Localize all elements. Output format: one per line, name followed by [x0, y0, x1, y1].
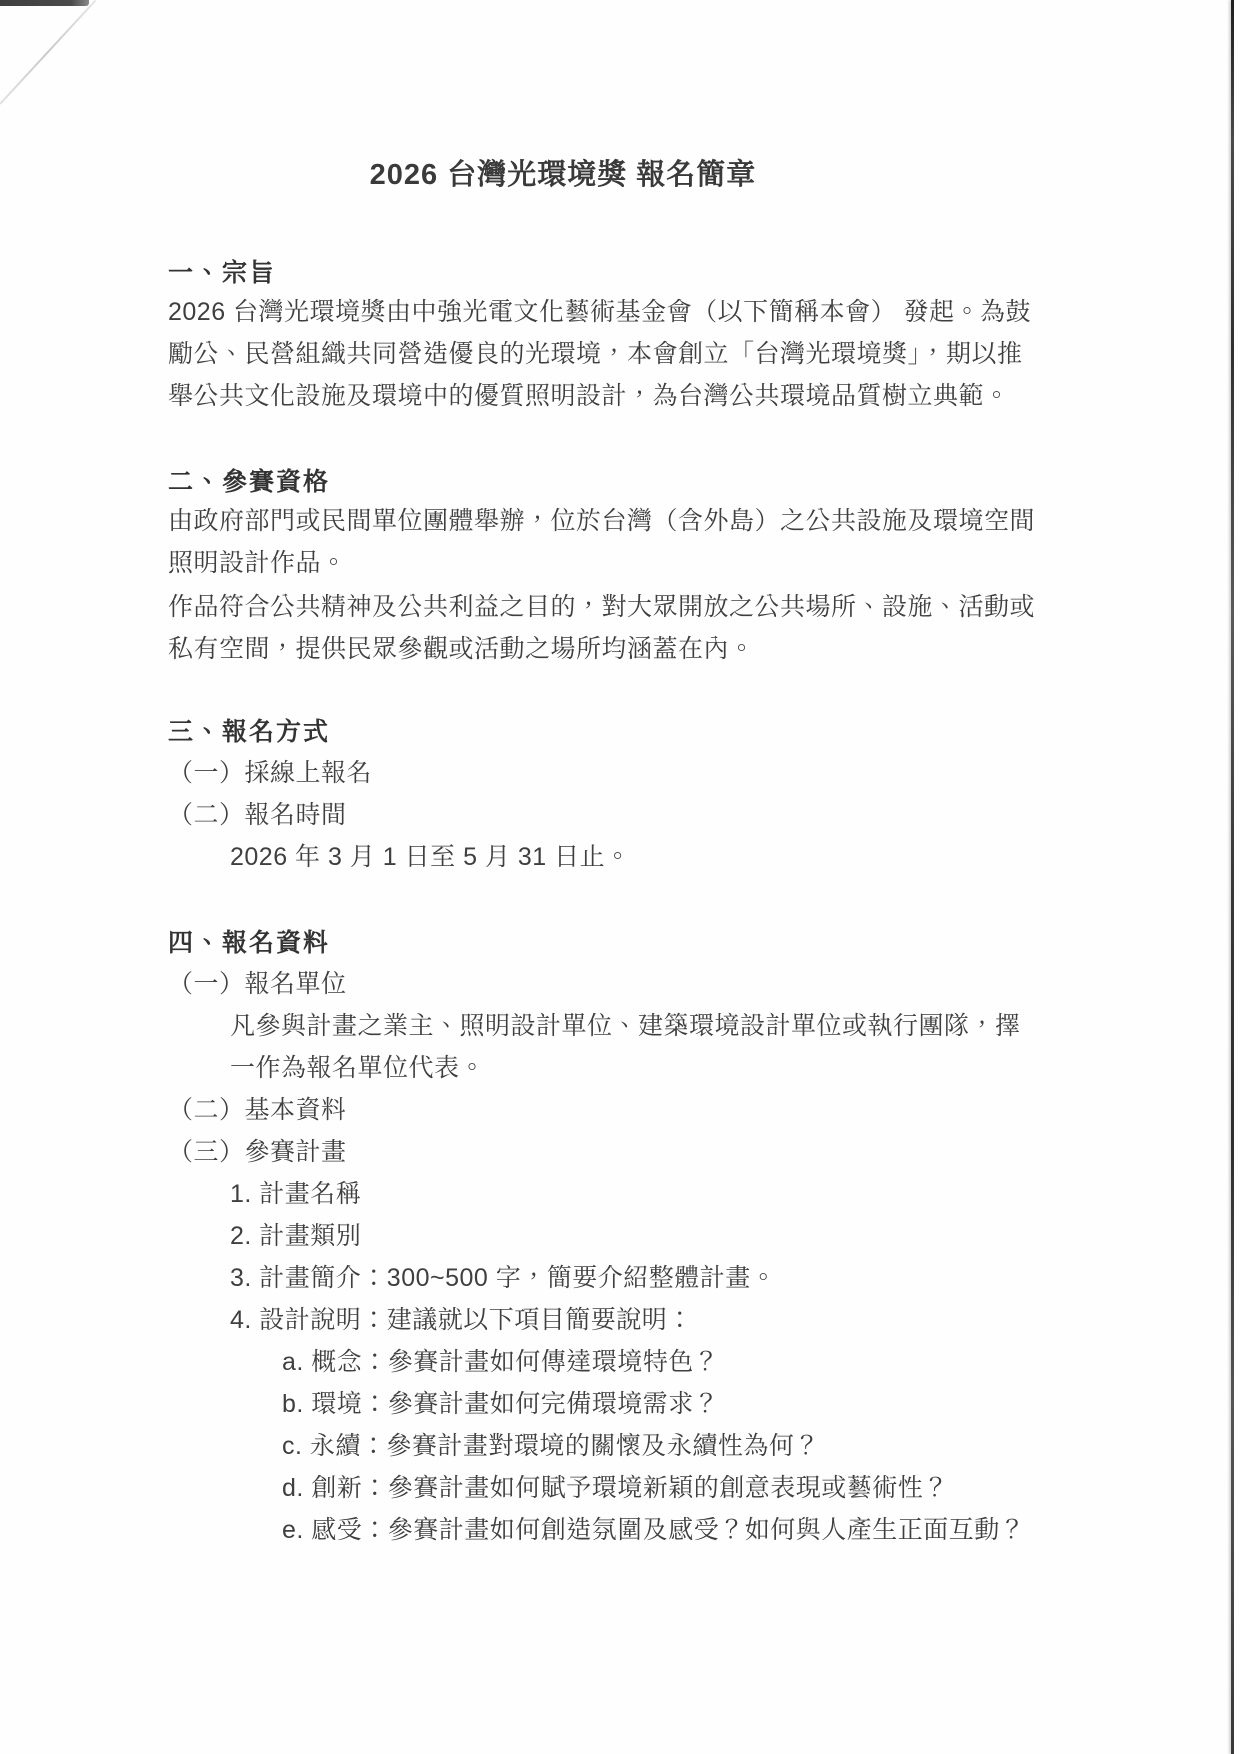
- section-heading-purpose: 一、宗旨: [168, 255, 958, 291]
- numbered-item-plan-name: 1. 計畫名稱: [230, 1173, 958, 1215]
- list-item-entry-plan: （三）參賽計畫: [168, 1131, 958, 1173]
- lettered-item-environment: b. 環境：參賽計畫如何完備環境需求？: [282, 1383, 958, 1425]
- section-heading-eligibility: 二、參賽資格: [168, 464, 958, 500]
- doc-line: 作品符合公共精神及公共利益之目的，對大眾開放之公共場所、設施、活動或: [168, 586, 958, 628]
- doc-line: 凡參與計畫之業主、照明設計單位、建築環境設計單位或執行團隊，擇: [230, 1005, 958, 1047]
- lettered-item-concept: a. 概念：參賽計畫如何傳達環境特色？: [282, 1341, 958, 1383]
- list-item-online-registration: （一）採線上報名: [168, 752, 958, 794]
- doc-line: 一作為報名單位代表。: [230, 1047, 958, 1089]
- registration-materials-list: （一）報名單位 凡參與計畫之業主、照明設計單位、建築環境設計單位或執行團隊，擇 …: [168, 963, 958, 1551]
- eligibility-paragraph-1: 由政府部門或民間單位團體舉辦，位於台灣（含外島）之公共設施及環境空間 照明設計作…: [168, 500, 958, 584]
- numbered-item-design-description: 4. 設計說明：建議就以下項目簡要說明：: [230, 1299, 958, 1341]
- scan-edge-artifact: [0, 0, 89, 6]
- eligibility-paragraph-2: 作品符合公共精神及公共利益之目的，對大眾開放之公共場所、設施、活動或 私有空間，…: [168, 586, 958, 670]
- numbered-item-plan-intro: 3. 計畫簡介：300~500 字，簡要介紹整體計畫。: [230, 1257, 958, 1299]
- lettered-item-experience: e. 感受：參賽計畫如何創造氛圍及感受？如何與人產生正面互動？: [282, 1509, 958, 1551]
- purpose-paragraph: 2026 台灣光環境獎由中強光電文化藝術基金會（以下簡稱本會） 發起。為鼓 勵公…: [168, 291, 958, 417]
- scan-right-edge-line: [1231, 0, 1234, 1754]
- lettered-item-sustainability: c. 永續：參賽計畫對環境的關懷及永續性為何？: [282, 1425, 958, 1467]
- doc-line: 舉公共文化設施及環境中的優質照明設計，為台灣公共環境品質樹立典範。: [168, 375, 958, 417]
- scanned-document-page: 2026 台灣光環境獎 報名簡章 一、宗旨 2026 台灣光環境獎由中強光電文化…: [0, 0, 1240, 1754]
- list-item-registration-period: （二）報名時間: [168, 794, 958, 836]
- registration-period-dates: 2026 年 3 月 1 日至 5 月 31 日止。: [230, 836, 958, 878]
- document-content: 2026 台灣光環境獎 報名簡章 一、宗旨 2026 台灣光環境獎由中強光電文化…: [168, 157, 958, 1551]
- numbered-item-plan-category: 2. 計畫類別: [230, 1215, 958, 1257]
- list-item-basic-info: （二）基本資料: [168, 1089, 958, 1131]
- scan-corner-fold-line: [0, 0, 96, 105]
- section-heading-registration-materials: 四、報名資料: [168, 925, 958, 961]
- registration-method-list: （一）採線上報名 （二）報名時間 2026 年 3 月 1 日至 5 月 31 …: [168, 752, 958, 878]
- doc-line: 由政府部門或民間單位團體舉辦，位於台灣（含外島）之公共設施及環境空間: [168, 500, 958, 542]
- doc-line: 2026 台灣光環境獎由中強光電文化藝術基金會（以下簡稱本會） 發起。為鼓: [168, 291, 958, 333]
- section-heading-registration-method: 三、報名方式: [168, 714, 958, 750]
- doc-line: 勵公、民營組織共同營造優良的光環境，本會創立「台灣光環境獎」，期以推: [168, 333, 958, 375]
- doc-line: 照明設計作品。: [168, 542, 958, 584]
- lettered-item-innovation: d. 創新：參賽計畫如何賦予環境新穎的創意表現或藝術性？: [282, 1467, 958, 1509]
- doc-line: 私有空間，提供民眾參觀或活動之場所均涵蓋在內。: [168, 628, 958, 670]
- list-item-registrant-unit: （一）報名單位: [168, 963, 958, 1005]
- document-title: 2026 台灣光環境獎 報名簡章: [168, 157, 958, 193]
